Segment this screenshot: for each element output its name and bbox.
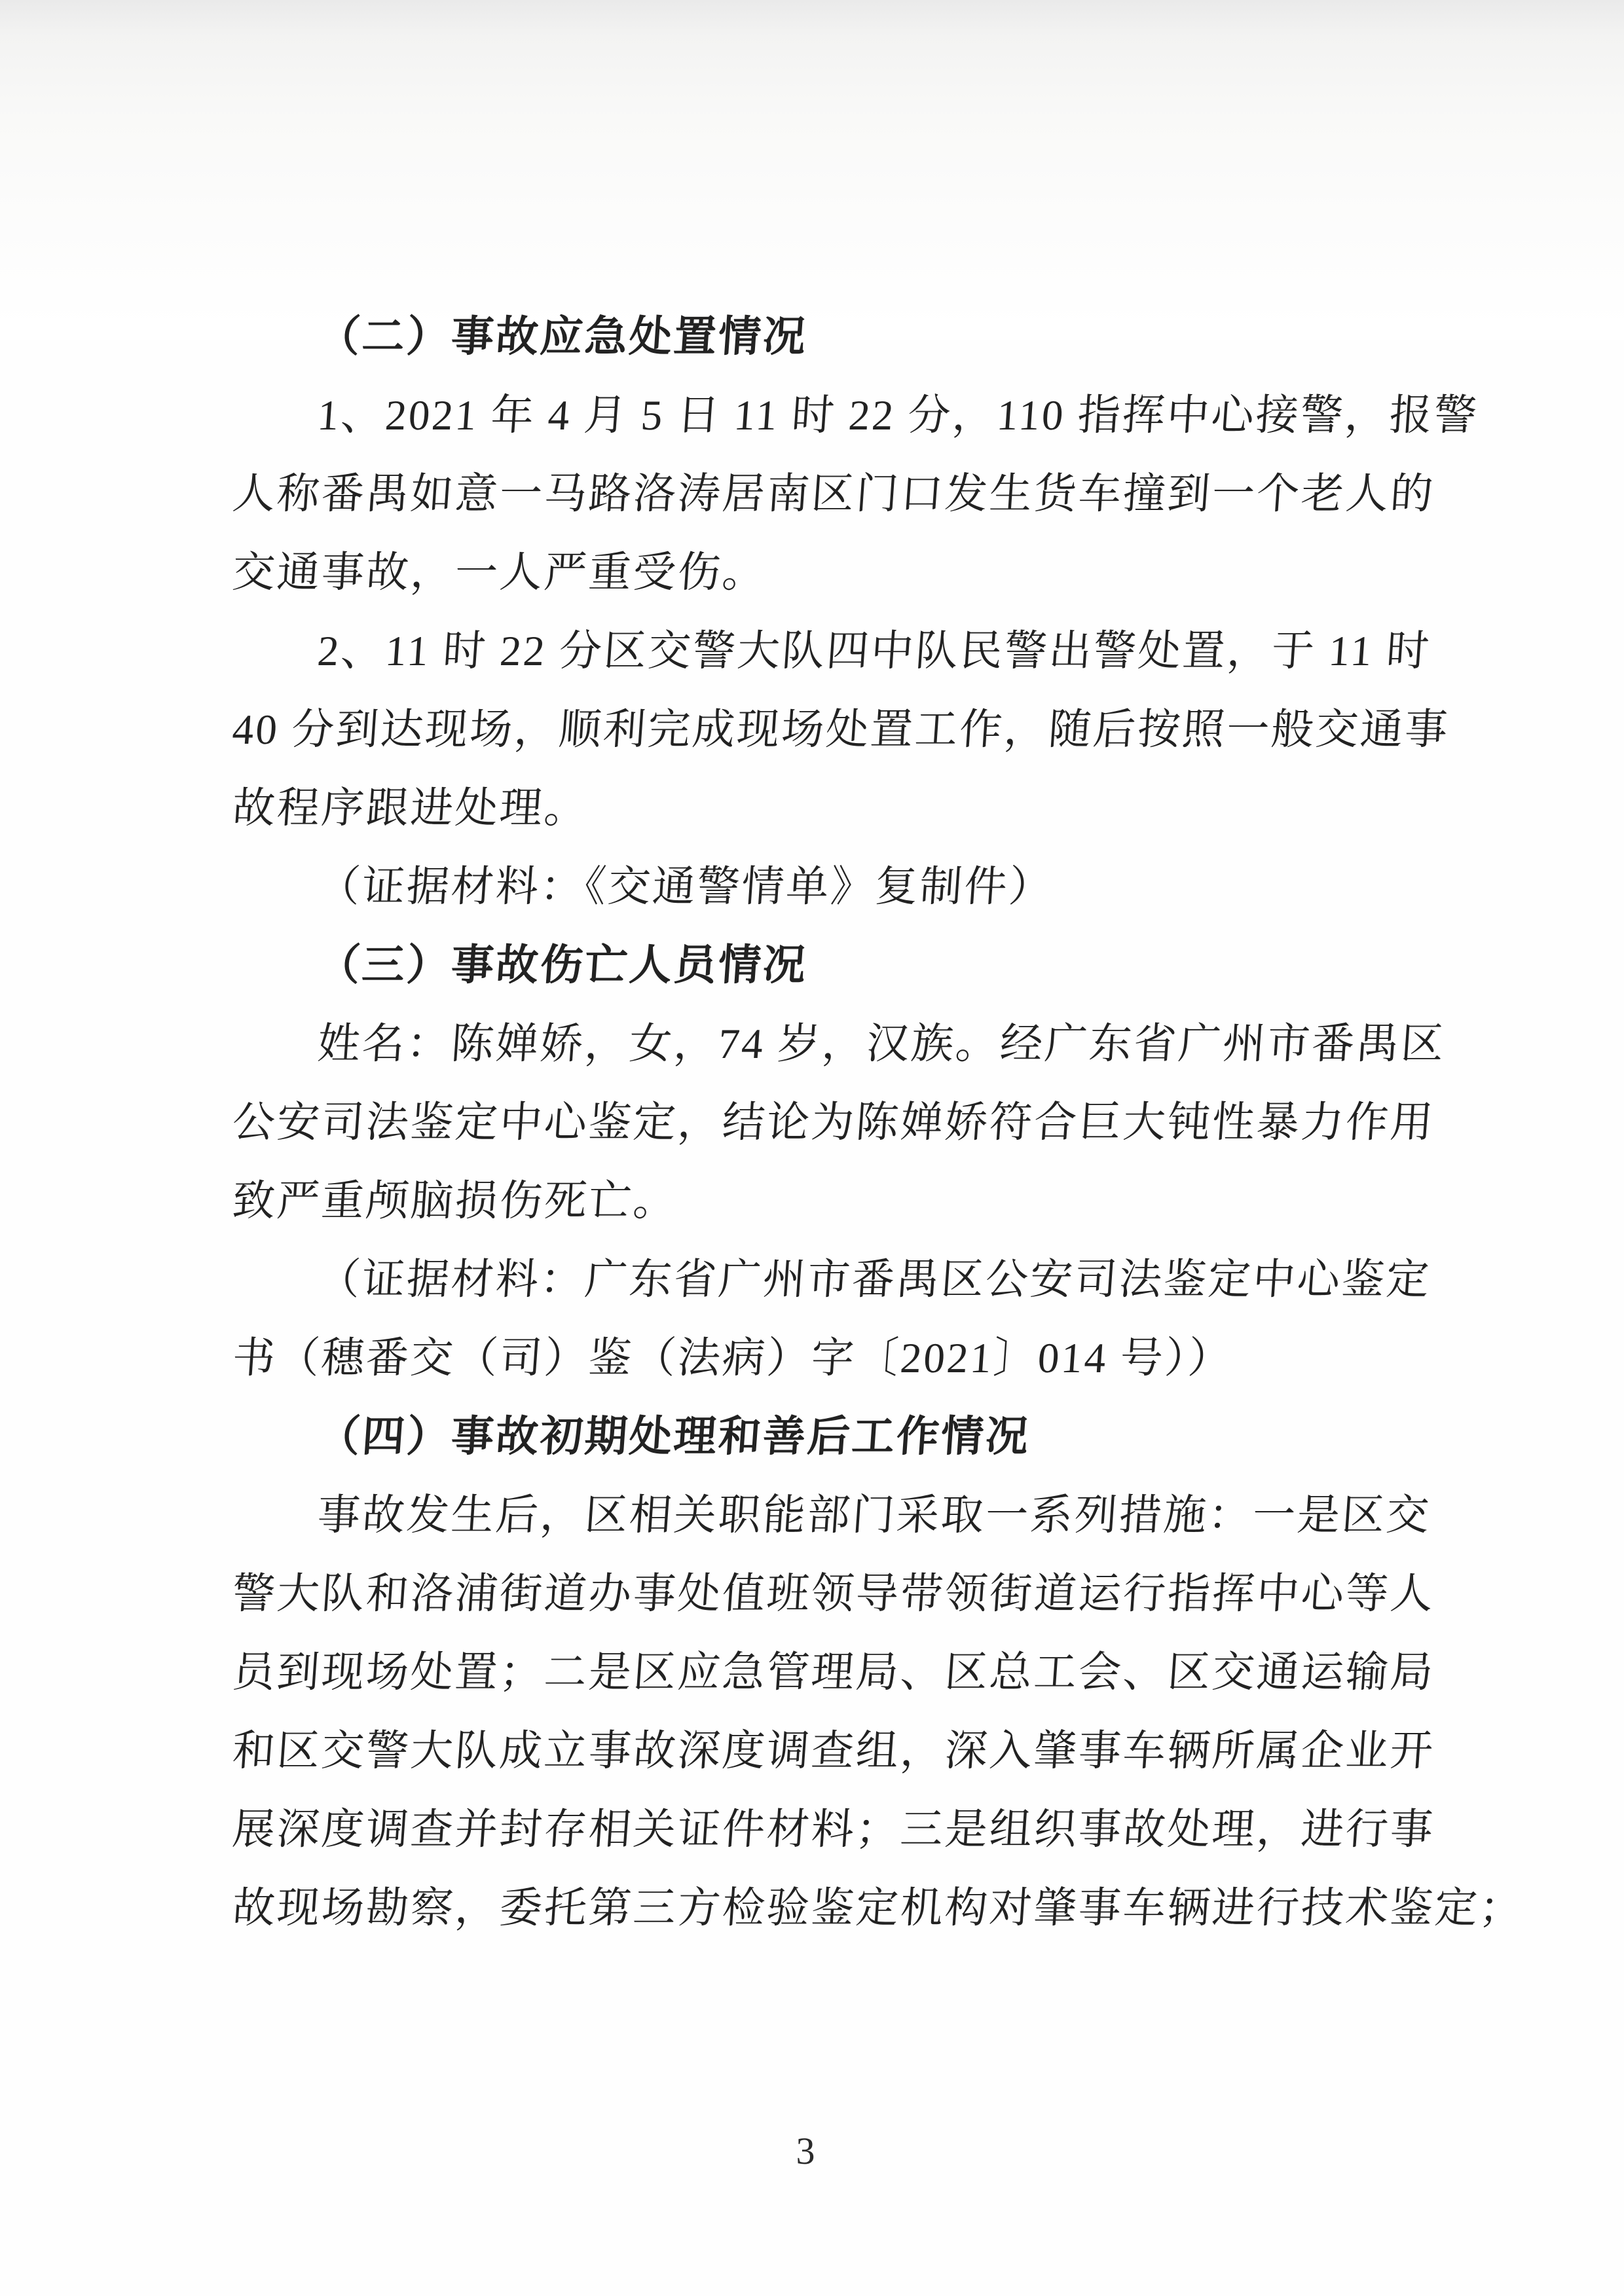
section-heading-3: （三）事故伤亡人员情况 <box>230 926 1414 1005</box>
evidence-note-line: （证据材料：《交通警情单》复制件） <box>230 848 1414 926</box>
evidence-note-line: 书（穗番交（司）鉴（法病）字〔2021〕014 号）） <box>230 1319 1414 1398</box>
scan-top-shading <box>0 0 1624 340</box>
document-line: 致严重颅脑损伤死亡。 <box>230 1162 1414 1241</box>
page-number: 3 <box>0 2129 1611 2173</box>
document-line: 员到现场处置；二是区应急管理局、区总工会、区交通运输局 <box>230 1633 1414 1712</box>
section-heading-2: （二）事故应急处置情况 <box>230 298 1414 376</box>
document-line: 故现场勘察，委托第三方检验鉴定机构对肇事车辆进行技术鉴定； <box>230 1869 1414 1948</box>
document-line: 人称番禺如意一马路洛涛居南区门口发生货车撞到一个老人的 <box>230 455 1414 534</box>
document-line: 公安司法鉴定中心鉴定，结论为陈婵娇符合巨大钝性暴力作用 <box>230 1084 1414 1162</box>
document-line: 和区交警大队成立事故深度调查组，深入肇事车辆所属企业开 <box>230 1712 1414 1791</box>
document-line: 1、2021 年 4 月 5 日 11 时 22 分，110 指挥中心接警，报警 <box>230 376 1414 455</box>
document-line: 警大队和洛浦街道办事处值班领导带领街道运行指挥中心等人 <box>230 1555 1414 1633</box>
document-line: 40 分到达现场，顺利完成现场处置工作，随后按照一般交通事 <box>230 691 1414 769</box>
document-line: 故程序跟进处理。 <box>230 769 1414 848</box>
document-line: 交通事故，一人严重受伤。 <box>230 534 1414 612</box>
document-body: （二）事故应急处置情况 1、2021 年 4 月 5 日 11 时 22 分，1… <box>232 298 1411 1948</box>
section-heading-4: （四）事故初期处理和善后工作情况 <box>230 1398 1414 1476</box>
document-line: 2、11 时 22 分区交警大队四中队民警出警处置，于 11 时 <box>230 612 1414 691</box>
document-line: 展深度调查并封存相关证件材料；三是组织事故处理，进行事 <box>230 1791 1414 1869</box>
document-page: （二）事故应急处置情况 1、2021 年 4 月 5 日 11 时 22 分，1… <box>0 0 1624 2296</box>
document-line: 事故发生后，区相关职能部门采取一系列措施：一是区交 <box>230 1476 1414 1555</box>
evidence-note-line: （证据材料：广东省广州市番禺区公安司法鉴定中心鉴定 <box>230 1241 1414 1319</box>
document-line: 姓名：陈婵娇，女，74 岁，汉族。经广东省广州市番禺区 <box>230 1005 1414 1084</box>
